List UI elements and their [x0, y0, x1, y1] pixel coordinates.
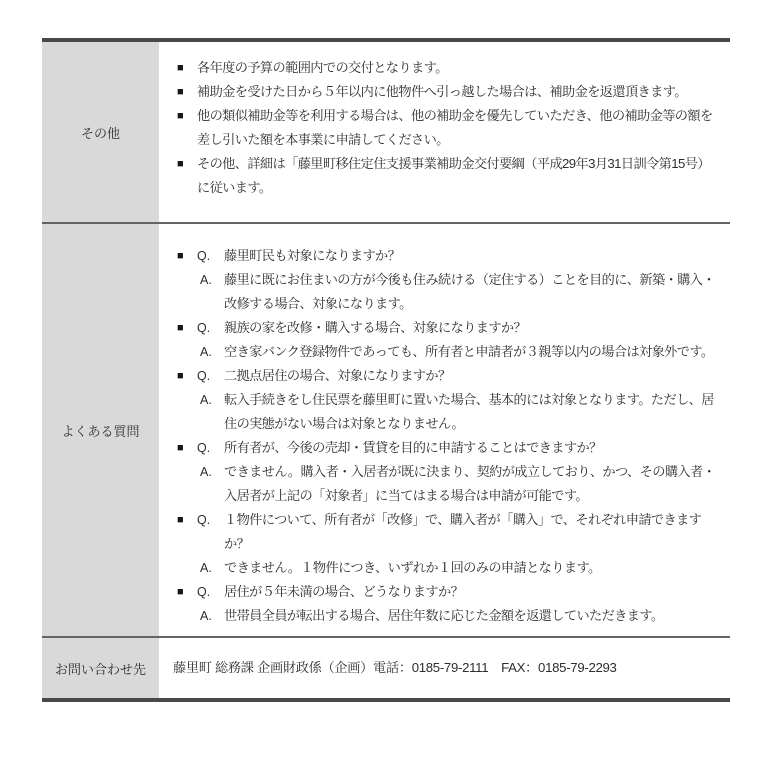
faq-question: ■ Q. 藤里町民も対象になりますか？ — [177, 244, 722, 268]
other-content: ■ 各年度の予算の範囲内での交付となります。 ■ 補助金を受けた日から５年以内に… — [159, 42, 730, 222]
faq-answer-text: できません。１物件につき、いずれか１回のみの申請となります。 — [224, 556, 722, 580]
faq-question-text: 二拠点居住の場合、対象になりますか？ — [224, 364, 722, 388]
table-row-faq: よくある質問 ■ Q. 藤里町民も対象になりますか？ A. 藤里に既にお住まいの… — [42, 224, 730, 638]
table-row-contact: お問い合わせ先 藤里町 総務課 企画財政係（企画）電話：0185-79-2111… — [42, 638, 730, 698]
faq-answer: A. できません。１物件につき、いずれか１回のみの申請となります。 — [177, 556, 722, 580]
answer-prefix: A. — [197, 268, 224, 316]
bullet-square-icon: ■ — [177, 436, 197, 460]
contact-info: 藤里町 総務課 企画財政係（企画）電話：0185-79-2111 FAX：018… — [173, 656, 617, 680]
document-page: { "colors": { "label_bg": "#d9d9d9", "ou… — [0, 0, 770, 764]
bullet-square-icon: ■ — [177, 80, 197, 104]
list-item-text: 他の類似補助金等を利用する場合は、他の補助金を優先していただき、他の補助金等の額… — [197, 104, 722, 152]
row-label-contact: お問い合わせ先 — [42, 638, 159, 698]
faq-answer: A. 藤里に既にお住まいの方が今後も住み続ける（定住する）ことを目的に、新築・購… — [177, 268, 722, 316]
faq-question-text: 親族の家を改修・購入する場合、対象になりますか？ — [224, 316, 722, 340]
list-item-text: 補助金を受けた日から５年以内に他物件へ引っ越した場合は、補助金を返還頂きます。 — [197, 80, 722, 104]
faq-answer-text: 世帯員全員が転出する場合、居住年数に応じた金額を返還していただきます。 — [224, 604, 722, 628]
faq-item: ■ Q. 居住が５年未満の場合、どうなりますか？ A. 世帯員全員が転出する場合… — [177, 580, 722, 628]
bullet-spacer — [177, 268, 197, 316]
question-prefix: Q. — [197, 316, 224, 340]
question-prefix: Q. — [197, 580, 224, 604]
bullet-spacer — [177, 460, 197, 508]
faq-question: ■ Q. 居住が５年未満の場合、どうなりますか？ — [177, 580, 722, 604]
bullet-spacer — [177, 604, 197, 628]
faq-item: ■ Q. 二拠点居住の場合、対象になりますか？ A. 転入手続きをし住民票を藤里… — [177, 364, 722, 436]
list-item: ■ 補助金を受けた日から５年以内に他物件へ引っ越した場合は、補助金を返還頂きます… — [177, 80, 722, 104]
bullet-spacer — [177, 388, 197, 436]
row-label-other: その他 — [42, 42, 159, 222]
faq-item: ■ Q. 所有者が、今後の売却・賃貸を目的に申請することはできますか？ A. で… — [177, 436, 722, 508]
faq-question-text: 居住が５年未満の場合、どうなりますか？ — [224, 580, 722, 604]
faq-answer-text: 藤里に既にお住まいの方が今後も住み続ける（定住する）ことを目的に、新築・購入・改… — [224, 268, 722, 316]
faq-answer: A. できません。購入者・入居者が既に決まり、契約が成立しており、かつ、その購入… — [177, 460, 722, 508]
answer-prefix: A. — [197, 460, 224, 508]
faq-question: ■ Q. 所有者が、今後の売却・賃貸を目的に申請することはできますか？ — [177, 436, 722, 460]
list-item: ■ その他、詳細は「藤里町移住定住支援事業補助金交付要綱（平成29年3月31日訓… — [177, 152, 722, 200]
answer-prefix: A. — [197, 604, 224, 628]
list-item-text: 各年度の予算の範囲内での交付となります。 — [197, 56, 722, 80]
faq-question-text: 所有者が、今後の売却・賃貸を目的に申請することはできますか？ — [224, 436, 722, 460]
table-row-other: その他 ■ 各年度の予算の範囲内での交付となります。 ■ 補助金を受けた日から５… — [42, 42, 730, 224]
faq-question: ■ Q. 親族の家を改修・購入する場合、対象になりますか？ — [177, 316, 722, 340]
list-item: ■ 他の類似補助金等を利用する場合は、他の補助金を優先していただき、他の補助金等… — [177, 104, 722, 152]
bullet-square-icon: ■ — [177, 508, 197, 556]
bullet-spacer — [177, 340, 197, 364]
faq-answer-text: できません。購入者・入居者が既に決まり、契約が成立しており、かつ、その購入者・入… — [224, 460, 722, 508]
question-prefix: Q. — [197, 244, 224, 268]
faq-item: ■ Q. 藤里町民も対象になりますか？ A. 藤里に既にお住まいの方が今後も住み… — [177, 244, 722, 316]
contact-content: 藤里町 総務課 企画財政係（企画）電話：0185-79-2111 FAX：018… — [159, 638, 730, 698]
answer-prefix: A. — [197, 340, 224, 364]
bullet-square-icon: ■ — [177, 316, 197, 340]
question-prefix: Q. — [197, 364, 224, 388]
bullet-square-icon: ■ — [177, 364, 197, 388]
bullet-square-icon: ■ — [177, 580, 197, 604]
faq-item: ■ Q. 親族の家を改修・購入する場合、対象になりますか？ A. 空き家バンク登… — [177, 316, 722, 364]
faq-question: ■ Q. １物件について、所有者が「改修」で、購入者が「購入」で、それぞれ申請で… — [177, 508, 722, 556]
list-item-text: その他、詳細は「藤里町移住定住支援事業補助金交付要綱（平成29年3月31日訓令第… — [197, 152, 722, 200]
row-label-faq: よくある質問 — [42, 224, 159, 636]
answer-prefix: A. — [197, 556, 224, 580]
list-item: ■ 各年度の予算の範囲内での交付となります。 — [177, 56, 722, 80]
faq-answer: A. 世帯員全員が転出する場合、居住年数に応じた金額を返還していただきます。 — [177, 604, 722, 628]
faq-answer-text: 転入手続きをし住民票を藤里町に置いた場合、基本的には対象となります。ただし、居住… — [224, 388, 722, 436]
question-prefix: Q. — [197, 436, 224, 460]
faq-answer-text: 空き家バンク登録物件であっても、所有者と申請者が３親等以内の場合は対象外です。 — [224, 340, 722, 364]
faq-question-text: 藤里町民も対象になりますか？ — [224, 244, 722, 268]
answer-prefix: A. — [197, 388, 224, 436]
bullet-square-icon: ■ — [177, 56, 197, 80]
bullet-square-icon: ■ — [177, 152, 197, 200]
faq-answer: A. 転入手続きをし住民票を藤里町に置いた場合、基本的には対象となります。ただし… — [177, 388, 722, 436]
subsidy-info-table: その他 ■ 各年度の予算の範囲内での交付となります。 ■ 補助金を受けた日から５… — [42, 38, 730, 702]
faq-question: ■ Q. 二拠点居住の場合、対象になりますか？ — [177, 364, 722, 388]
question-prefix: Q. — [197, 508, 224, 556]
bullet-square-icon: ■ — [177, 244, 197, 268]
faq-answer: A. 空き家バンク登録物件であっても、所有者と申請者が３親等以内の場合は対象外で… — [177, 340, 722, 364]
bullet-square-icon: ■ — [177, 104, 197, 152]
faq-content: ■ Q. 藤里町民も対象になりますか？ A. 藤里に既にお住まいの方が今後も住み… — [159, 224, 730, 636]
bullet-spacer — [177, 556, 197, 580]
faq-question-text: １物件について、所有者が「改修」で、購入者が「購入」で、それぞれ申請できますか？ — [224, 508, 722, 556]
faq-item: ■ Q. １物件について、所有者が「改修」で、購入者が「購入」で、それぞれ申請で… — [177, 508, 722, 580]
